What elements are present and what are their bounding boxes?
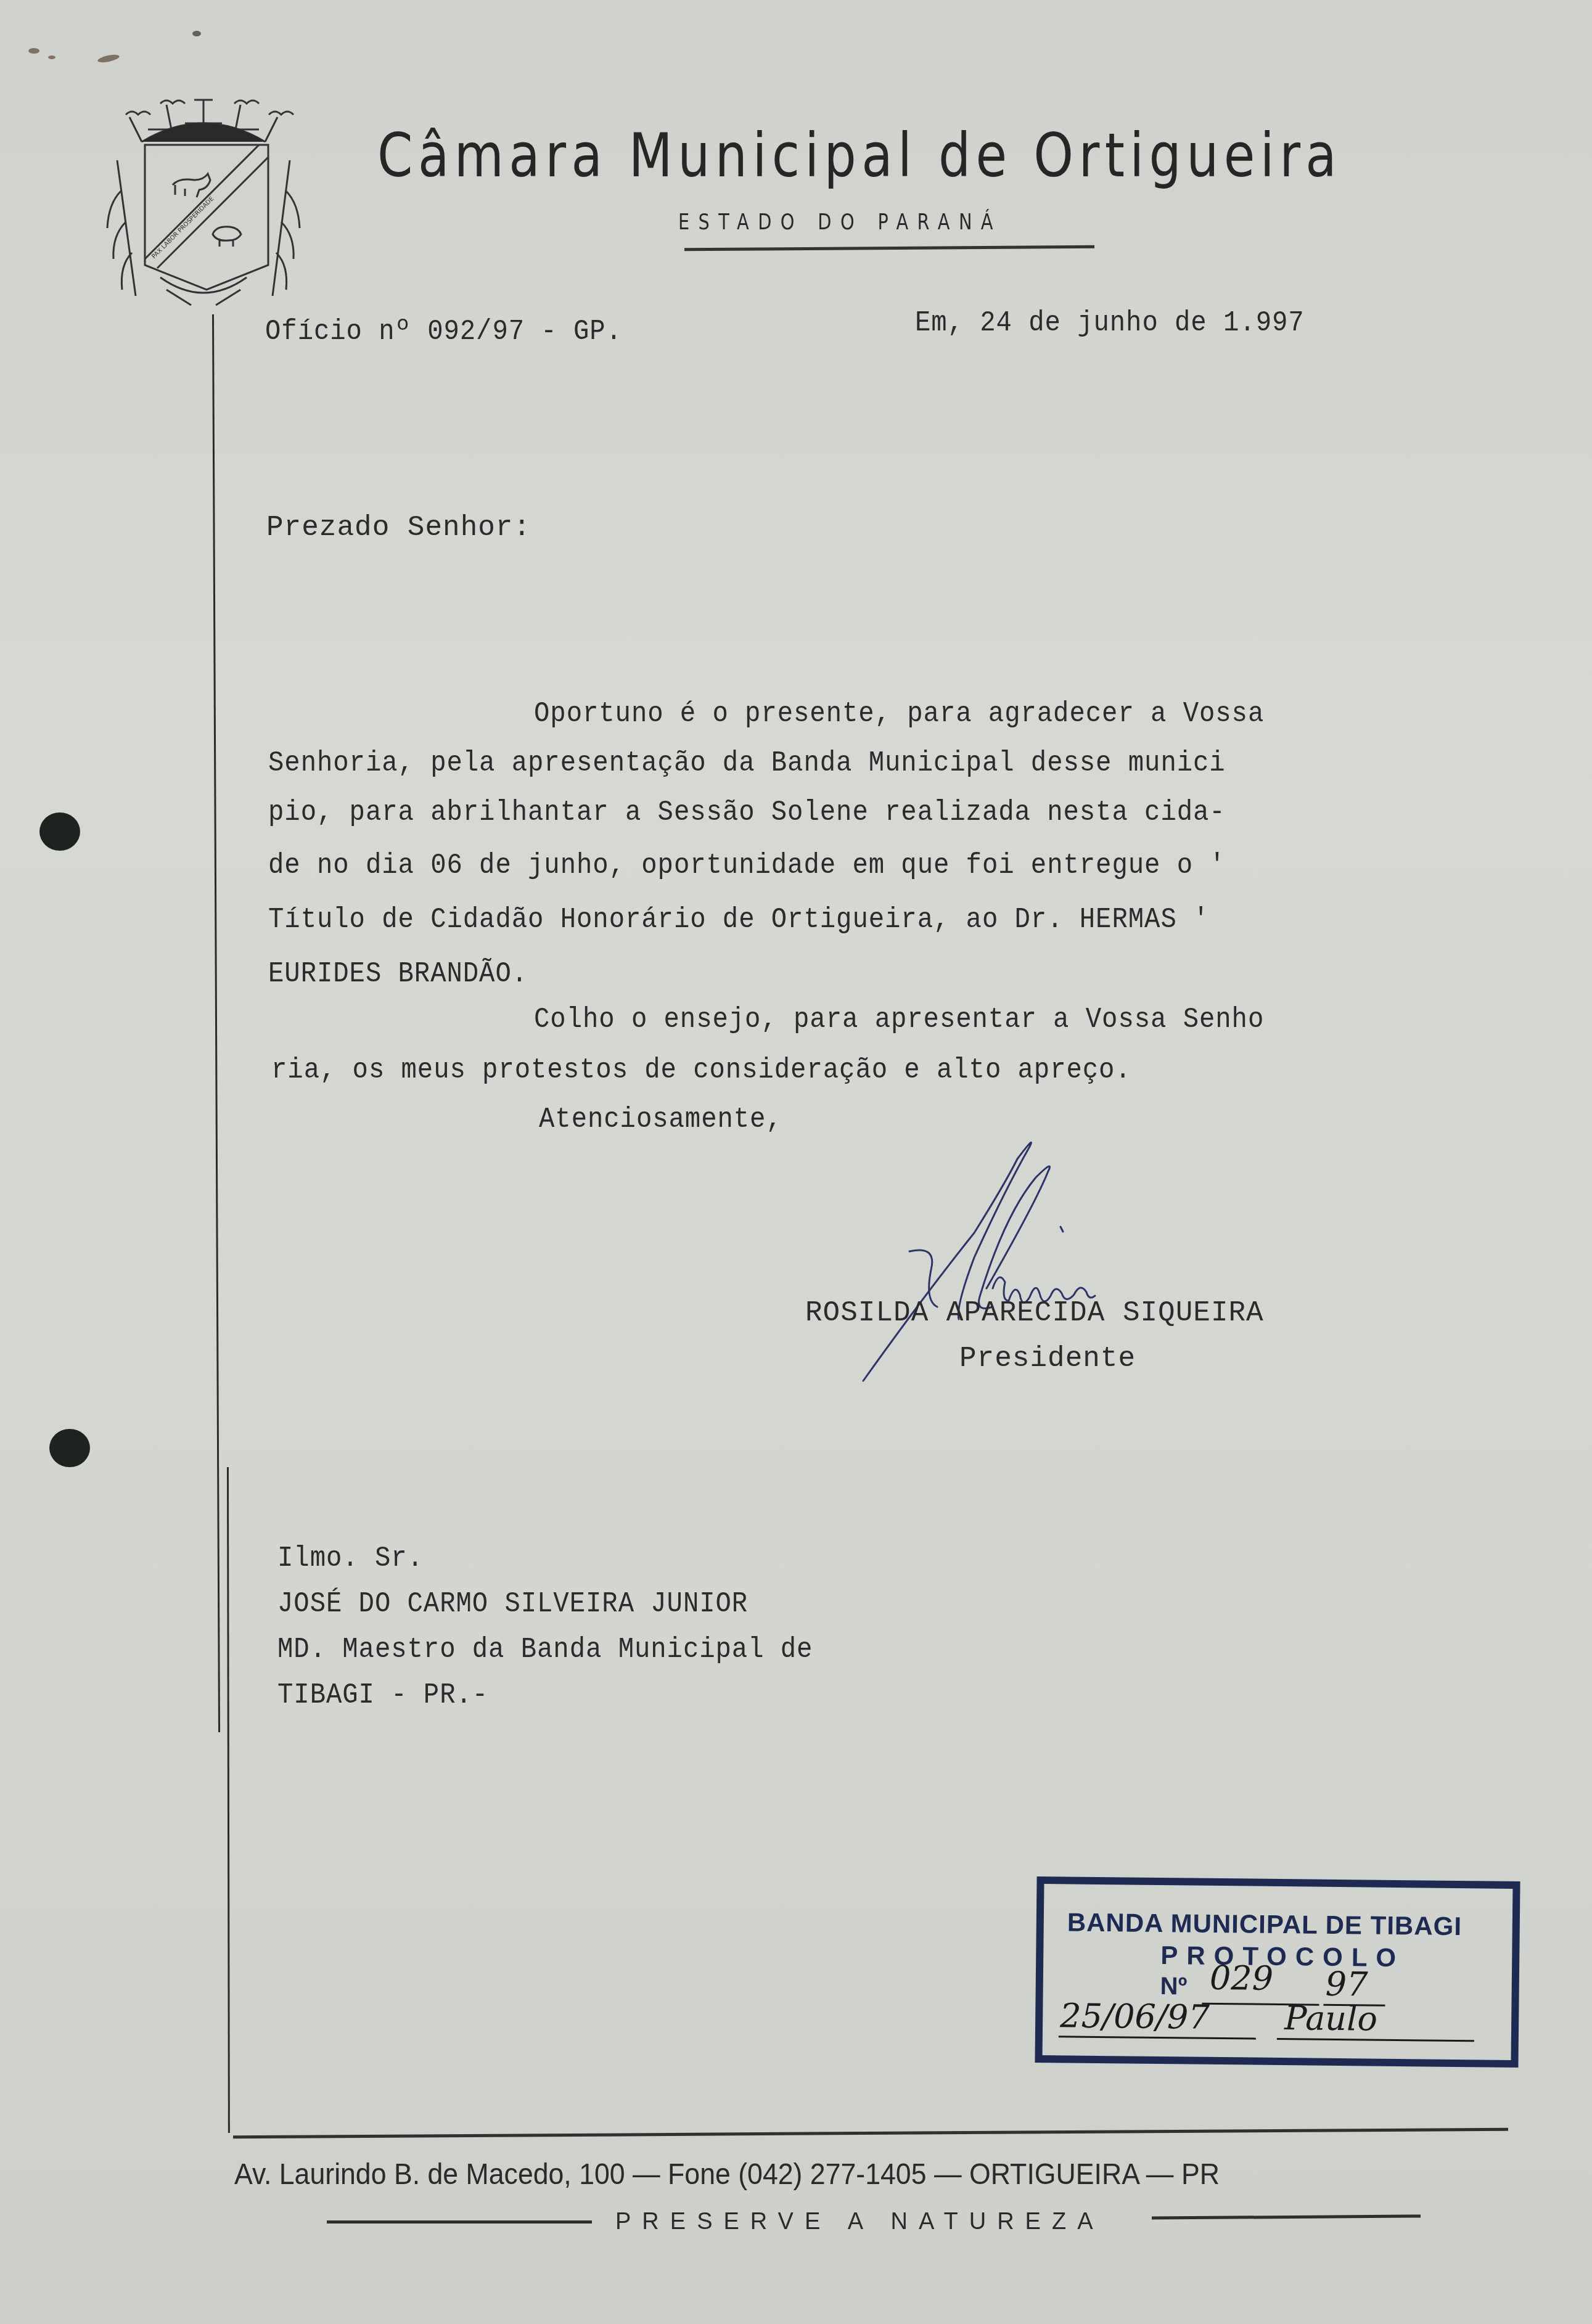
crest-motto: PAX LABOR PROSPERIDADE	[150, 195, 215, 260]
body-line: de no dia 06 de junho, oportunidade em q…	[268, 849, 1226, 882]
footer-motto: PRESERVE A NATUREZA	[615, 2209, 1104, 2235]
closing: Atenciosamente,	[539, 1103, 782, 1135]
organization-state: ESTADO DO PARANÁ	[678, 210, 1002, 235]
paper-speck	[97, 53, 120, 63]
body-line: Título de Cidadão Honorário de Ortigueir…	[268, 904, 1209, 936]
footer-rule	[233, 2128, 1508, 2139]
paper-speck	[48, 55, 55, 59]
document-page: PAX LABOR PROSPERIDADE Câmara Municipal …	[0, 0, 1592, 2324]
body-line: Senhoria, pela apresentação da Banda Mun…	[268, 747, 1226, 779]
stamp-initials: Paulo	[1284, 1999, 1377, 2039]
recipient-honorific: Ilmo. Sr.	[277, 1542, 424, 1574]
stamp-organization: BANDA MUNICIPAL DE TIBAGI	[1067, 1907, 1463, 1941]
punch-hole	[49, 1429, 90, 1467]
footer-address: Av. Laurindo B. de Macedo, 100 — Fone (0…	[234, 2158, 1220, 2191]
body-line: ria, os meus protestos de consideração e…	[271, 1054, 1131, 1086]
stamp-number: 029	[1210, 1958, 1274, 1998]
paper-speck	[192, 31, 201, 36]
salutation: Prezado Senhor:	[266, 512, 531, 544]
organization-name: Câmara Municipal de Ortigueira	[377, 121, 1342, 191]
body-line: EURIDES BRANDÃO.	[268, 958, 528, 990]
paper-speck	[28, 48, 39, 54]
document-reference: Ofício nº 092/97 - GP.	[265, 316, 622, 348]
body-line: pio, para abrilhantar a Sessão Solene re…	[268, 796, 1226, 829]
stamp-number-label: Nº	[1160, 1973, 1188, 2000]
motto-rule-left	[327, 2220, 592, 2224]
subtitle-rule	[684, 245, 1094, 252]
recipient-role: MD. Maestro da Banda Municipal de	[277, 1634, 813, 1666]
stamp-year: 97	[1325, 1965, 1368, 2004]
signatory-name: ROSILDA APARECIDA SIQUEIRA	[805, 1297, 1264, 1329]
stamp-date: 25/06/97	[1060, 1996, 1210, 2037]
margin-rule	[212, 314, 220, 1732]
document-date: Em, 24 de junho de 1.997	[915, 307, 1305, 339]
recipient-location: TIBAGI - PR.-	[277, 1679, 488, 1711]
coat-of-arms-icon: PAX LABOR PROSPERIDADE	[99, 92, 308, 321]
motto-rule-right	[1152, 2214, 1421, 2219]
punch-hole	[39, 812, 80, 851]
body-line: Colho o ensejo, para apresentar a Vossa …	[534, 1004, 1264, 1036]
body-line: Oportuno é o presente, para agradecer a …	[534, 698, 1264, 730]
margin-rule	[227, 1467, 230, 2133]
signatory-title: Presidente	[959, 1343, 1136, 1375]
protocol-stamp: BANDA MUNICIPAL DE TIBAGI PROTOCOLO Nº 0…	[1035, 1876, 1520, 2068]
recipient-name: JOSÉ DO CARMO SILVEIRA JUNIOR	[277, 1588, 748, 1620]
